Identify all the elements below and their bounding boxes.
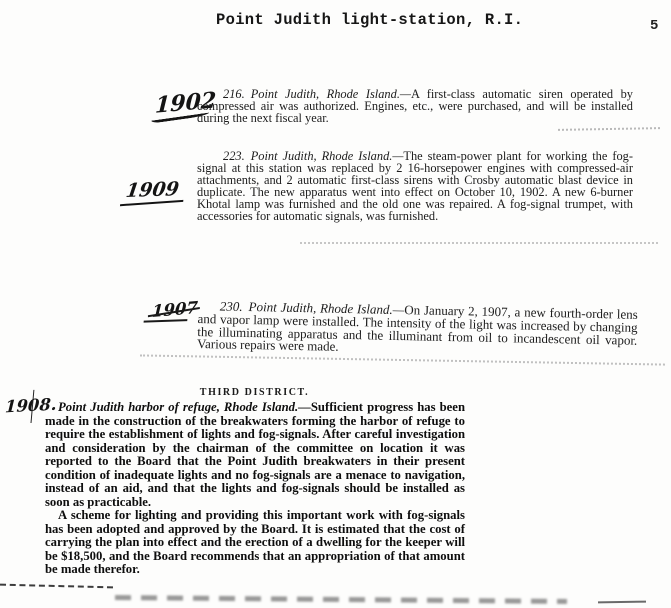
paragraph-body: Sufficient progress has been made in the… <box>45 400 465 509</box>
smudged-cutoff-text-line <box>115 595 567 604</box>
section-heading: THIRD DISTRICT. <box>147 387 362 398</box>
handwritten-year-1909: 1909 <box>124 178 180 202</box>
entry-body: The steam-power plant for working the fo… <box>197 149 633 223</box>
page-number: 5 <box>650 18 658 34</box>
paragraph-body: A scheme for lighting and providing this… <box>45 508 465 576</box>
paragraph-title: Point Judith harbor of refuge, Rhode Isl… <box>58 400 311 414</box>
third-district-section: Point Judith harbor of refuge, Rhode Isl… <box>45 401 465 577</box>
entry-216: 216.Point Judith, Rhode Island.—A first-… <box>197 89 633 125</box>
paragraph-harbor-of-refuge: Point Judith harbor of refuge, Rhode Isl… <box>45 401 465 509</box>
entry-230: 230.Point Judith, Rhode Island.—On Janua… <box>197 300 638 360</box>
scan-artifact <box>558 127 660 131</box>
page-header-title: Point Judith light-station, R.I. <box>216 11 523 29</box>
scan-artifact <box>598 601 646 604</box>
scan-artifact <box>0 584 113 589</box>
paragraph-scheme: A scheme for lighting and providing this… <box>45 509 465 577</box>
entry-223: 223.Point Judith, Rhode Island.—The stea… <box>197 151 633 222</box>
scan-artifact <box>300 242 658 244</box>
handwritten-year-1907: 1907 <box>152 298 199 321</box>
